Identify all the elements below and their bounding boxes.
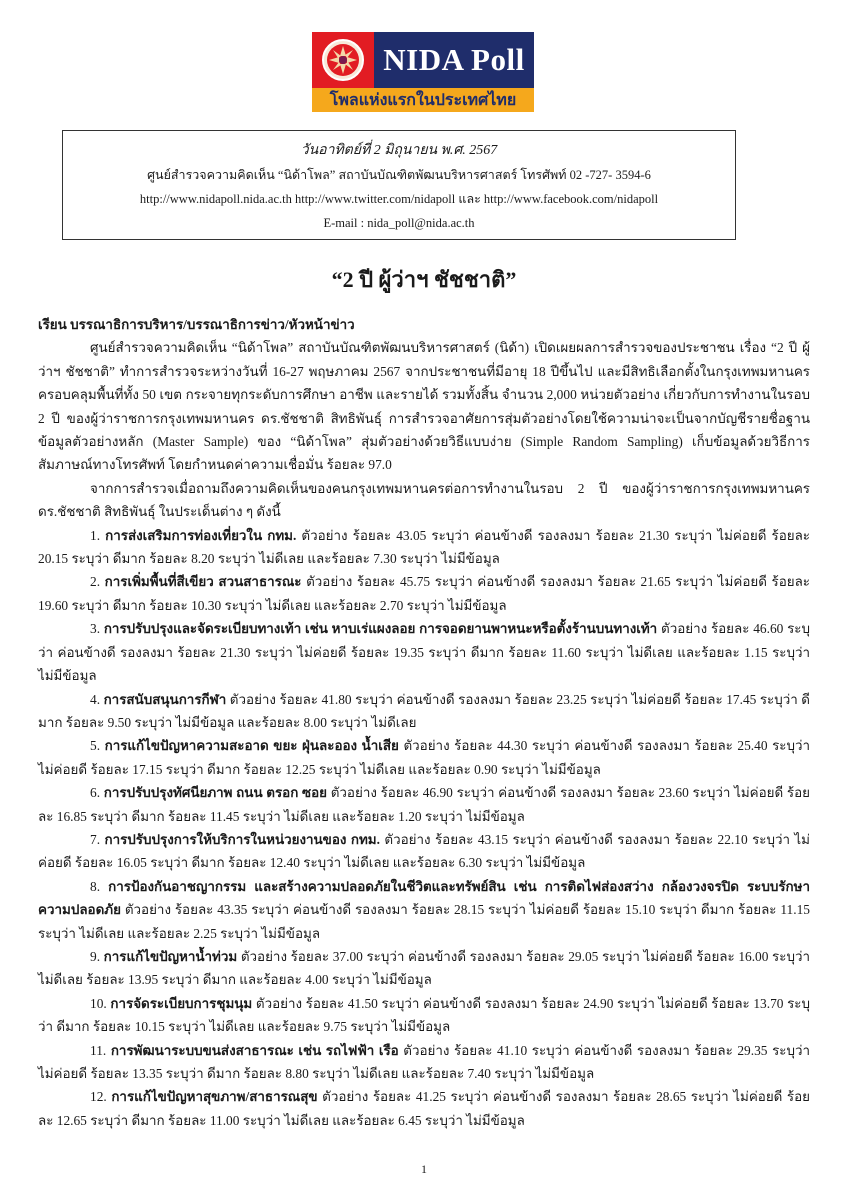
salutation: เรียน บรรณาธิการบริหาร/บรรณาธิการข่าว/หั… <box>38 313 810 336</box>
logo-tagline: โพลแห่งแรกในประเทศไทย <box>312 88 534 112</box>
document-body: เรียน บรรณาธิการบริหาร/บรรณาธิการข่าว/หั… <box>38 313 810 1132</box>
org-phone: ศูนย์สำรวจความคิดเห็น “นิด้าโพล” สถาบันบ… <box>63 163 735 187</box>
result-topic: การปรับปรุงการให้บริการในหน่วยงานของ กทม… <box>104 832 379 847</box>
contact-email: E-mail : nida_poll@nida.ac.th <box>63 211 735 235</box>
result-item: 11. การพัฒนาระบบขนส่งสาธารณะ เช่น รถไฟฟ้… <box>38 1039 810 1086</box>
website-links: http://www.nidapoll.nida.ac.th http://ww… <box>63 187 735 211</box>
result-topic: การปรับปรุงและจัดระเบียบทางเท้า เช่น หาบ… <box>104 621 657 636</box>
result-item: 1. การส่งเสริมการท่องเที่ยวใน กทม. ตัวอย… <box>38 524 810 571</box>
result-topic: การเพิ่มพื้นที่สีเขียว สวนสาธารณะ <box>105 574 302 589</box>
result-topic: การปรับปรุงทัศนียภาพ ถนน ตรอก ซอย <box>104 785 327 800</box>
result-topic: การจัดระเบียบการชุมนุม <box>110 996 252 1011</box>
result-item: 4. การสนับสนุนการกีฬา ตัวอย่าง ร้อยละ 41… <box>38 688 810 735</box>
result-topic: การแก้ไขปัญหาความสะอาด ขยะ ฝุ่นละออง น้ำ… <box>105 738 399 753</box>
result-topic: การสนับสนุนการกีฬา <box>104 692 227 707</box>
result-topic: การพัฒนาระบบขนส่งสาธารณะ เช่น รถไฟฟ้า เร… <box>111 1043 399 1058</box>
document-title: “2 ปี ผู้ว่าฯ ชัชชาติ” <box>0 262 848 297</box>
nida-poll-logo: NIDA Poll โพลแห่งแรกในประเทศไทย <box>312 32 534 112</box>
result-item: 8. การป้องกันอาชญากรรม และสร้างความปลอดภ… <box>38 875 810 945</box>
result-topic: การแก้ไขปัญหาน้ำท่วม <box>104 949 238 964</box>
result-item: 6. การปรับปรุงทัศนียภาพ ถนน ตรอก ซอย ตัว… <box>38 781 810 828</box>
contact-info-box: วันอาทิตย์ที่ 2 มิถุนายน พ.ศ. 2567 ศูนย์… <box>62 130 736 240</box>
intro-paragraph: ศูนย์สำรวจความคิดเห็น “นิด้าโพล” สถาบันบ… <box>38 336 810 476</box>
nida-emblem-icon <box>312 32 374 88</box>
result-item: 12. การแก้ไขปัญหาสุขภาพ/สาธารณสุข ตัวอย่… <box>38 1085 810 1132</box>
result-topic: การแก้ไขปัญหาสุขภาพ/สาธารณสุข <box>111 1089 317 1104</box>
result-item: 5. การแก้ไขปัญหาความสะอาด ขยะ ฝุ่นละออง … <box>38 734 810 781</box>
release-date: วันอาทิตย์ที่ 2 มิถุนายน พ.ศ. 2567 <box>63 139 735 163</box>
result-item: 7. การปรับปรุงการให้บริการในหน่วยงานของ … <box>38 828 810 875</box>
result-item: 3. การปรับปรุงและจัดระเบียบทางเท้า เช่น … <box>38 617 810 687</box>
result-item: 9. การแก้ไขปัญหาน้ำท่วม ตัวอย่าง ร้อยละ … <box>38 945 810 992</box>
result-item: 2. การเพิ่มพื้นที่สีเขียว สวนสาธารณะ ตัว… <box>38 570 810 617</box>
result-item: 10. การจัดระเบียบการชุมนุม ตัวอย่าง ร้อย… <box>38 992 810 1039</box>
logo-wordmark: NIDA Poll <box>374 32 534 88</box>
result-topic: การส่งเสริมการท่องเที่ยวใน กทม. <box>105 528 296 543</box>
page-number: 1 <box>0 1162 848 1177</box>
lead-paragraph: จากการสำรวจเมื่อถามถึงความคิดเห็นของคนกร… <box>38 477 810 524</box>
